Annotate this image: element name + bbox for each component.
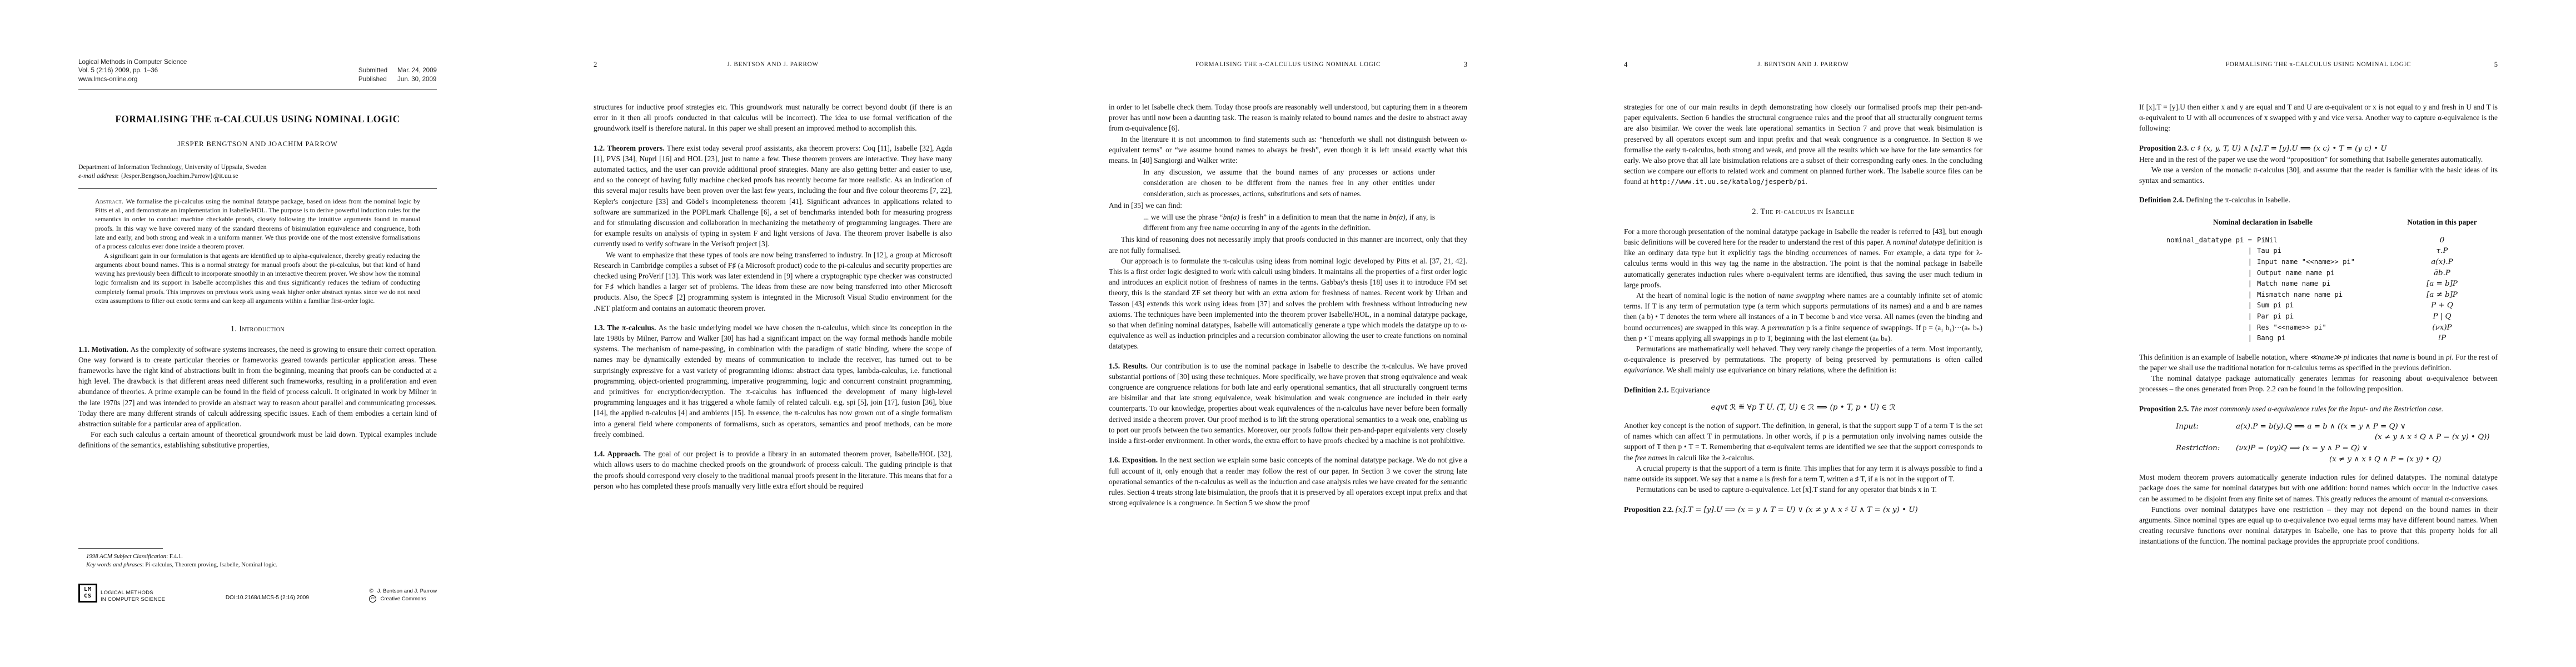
text-run: for a term T, written a ♯ T, if a is not… [1786, 475, 1955, 483]
lmcs-logo-icon: LMCS [78, 584, 97, 603]
italic-text: equivariance [1624, 366, 1663, 374]
rights-line: ©J. Bentson and J. Parrow [369, 588, 437, 595]
lmcs-wordmark: LOGICAL METHODSIN COMPUTER SCIENCE [101, 590, 165, 603]
footnote-line: Key words and phrases: Pi-calculus, Theo… [78, 561, 437, 569]
lmcs-logo-letters: CS [80, 593, 96, 600]
paragraph: Here and in the rest of the paper we use… [2139, 154, 2498, 165]
paragraph: A crucial property is that the support o… [1624, 463, 1982, 484]
text-run: This definition is an example of Isabell… [2139, 353, 2310, 361]
publisher-footer: LMCSLOGICAL METHODSIN COMPUTER SCIENCEDO… [78, 584, 437, 603]
equation-label: Restriction: [2176, 443, 2236, 465]
table-cell-declaration: Match name name pi [2257, 278, 2386, 290]
proposition: Proposition 2.2. [x].T = [y].U ⟹ (x = y … [1624, 504, 1982, 515]
paragraph: And in [35] we can find: [1109, 200, 1467, 211]
address-line: e-mail address: {Jesper.Bengtson,Joachim… [78, 171, 437, 181]
submission-dates: SubmittedMar. 24, 2009PublishedJun. 30, … [358, 66, 437, 83]
subsection-text: There exist today several proof assistan… [594, 144, 952, 248]
subsection-heading: 1.4. Approach. [594, 450, 644, 458]
lmcs-brand: LMCSLOGICAL METHODSIN COMPUTER SCIENCE [78, 584, 165, 603]
proposition: Proposition 2.3. c ♯ (x, y, T, U) ∧ [x].… [2139, 143, 2498, 154]
rights-text: J. Bentson and J. Parrow [377, 588, 437, 595]
table-row: |Res "<<name>> pi"(νx)P [2139, 322, 2498, 333]
italic-text: pi [2446, 353, 2452, 361]
subsection-heading: 1.5. Results. [1109, 362, 1150, 370]
italic-text: bn(α) [1389, 213, 1405, 221]
equation-line-1: a(x).P = b(y).Q ⟹ a = b ∧ ((x = y ∧ P = … [2236, 421, 2498, 432]
table-cell-prefix: | [2139, 278, 2257, 290]
table-row: |Input name "<<name>> pi"a(x).P [2139, 257, 2498, 268]
table-row: |Par pi piP | Q [2139, 311, 2498, 322]
divider-rule [78, 89, 437, 89]
address-text: : {Jesper.Bengtson,Joachim.Parrow}@it.uu… [117, 172, 238, 180]
table-row: |Tau piτ.P [2139, 246, 2498, 257]
table-cell-declaration: Par pi pi [2257, 311, 2386, 322]
table-cell-declaration: Output name name pi [2257, 268, 2386, 279]
footnote-line: 1998 ACM Subject Classification: F.4.1. [78, 552, 437, 561]
table-cell-prefix: | [2139, 311, 2257, 322]
address-label: e-mail address [78, 172, 117, 180]
subsection-text: The goal of our project is to provide a … [594, 450, 952, 490]
doi-text: DOI:10.2168/LMCS-5 (2:16) 2009 [226, 595, 309, 601]
running-header: FORMALISING THE π-CALCULUS USING NOMINAL… [2139, 59, 2498, 68]
text-run: is bound in [2409, 353, 2446, 361]
proposition-text: The most commonly used α-equivalence rul… [2191, 405, 2443, 413]
journal-info: Logical Methods in Computer ScienceVol. … [78, 58, 187, 83]
table-cell-notation: τ.P [2386, 246, 2498, 257]
subsection-text: In the next section we explain some basi… [1109, 456, 1467, 507]
table-cell-prefix: | [2139, 290, 2257, 301]
table-cell-prefix: | [2139, 246, 2257, 257]
abstract-text: A significant gain in our formulation is… [95, 252, 420, 305]
abstract-label: Abstract. [95, 197, 126, 205]
italic-text: name [2393, 353, 2409, 361]
paragraph: For each such calculus a certain amount … [78, 429, 437, 450]
page-body: 2J. BENTSON AND J. PARROWstructures for … [594, 59, 952, 491]
page-number-right: 3 [1464, 59, 1467, 70]
table-cell-declaration: Sum pi pi [2257, 300, 2386, 311]
journal-info-line: Logical Methods in Computer Science [78, 58, 187, 66]
text-run: strategies for one of our main results i… [1624, 103, 1982, 186]
table-cell-declaration: Tau pi [2257, 246, 2386, 257]
paragraph: Permutations can be used to capture α-eq… [1624, 484, 1982, 495]
subsection-heading: 1.1. Motivation. [78, 345, 131, 354]
divider-rule [78, 188, 437, 189]
table-cell-prefix: | [2139, 333, 2257, 344]
table-cell-prefix: | [2139, 257, 2257, 268]
paragraph: For a more thorough presentation of the … [1624, 226, 1982, 290]
equation-block: Input:a(x).P = b(y).Q ⟹ a = b ∧ ((x = y … [2176, 421, 2498, 465]
paragraph: We use a version of the monadic π-calcul… [2139, 165, 2498, 186]
paragraph: Most modern theorem provers automaticall… [2139, 472, 2498, 504]
definition-label: Definition 2.4. [2139, 196, 2186, 204]
math-formula: eqvt ℛ ≝ ∀p T U. (T, U) ∈ ℛ ⟹ (p • T, p … [1624, 402, 1982, 413]
table-row: |Bang pi!P [2139, 333, 2498, 344]
proposition-label: Proposition 2.2. [1624, 505, 1676, 514]
text-run: . We shall mainly use equivariance on bi… [1663, 366, 1896, 374]
page-body: FORMALISING THE π-CALCULUS USING NOMINAL… [2139, 59, 2498, 547]
text-run: At the heart of nominal logic is the not… [1636, 291, 1777, 300]
footnote-text: : Pi-calculus, Theorem proving, Isabelle… [142, 561, 277, 568]
footnote-rule [78, 548, 163, 549]
subsection-paragraph: 1.5. Results. Our contribution is to use… [1109, 361, 1467, 446]
datatype-table: nominal_datatype pi =PiNil0|Tau piτ.P|In… [2139, 235, 2498, 344]
abstract-paragraph: Abstract. We formalise the pi-calculus u… [95, 197, 420, 251]
page-body: 4J. BENTSON AND J. PARROWstrategies for … [1624, 59, 1982, 515]
address-line: Department of Information Technology, Un… [78, 162, 437, 172]
page-5: FORMALISING THE π-CALCULUS USING NOMINAL… [2061, 0, 2576, 667]
lmcs-wordmark-line: IN COMPUTER SCIENCE [101, 596, 165, 603]
proposition-label: Proposition 2.5. [2139, 405, 2191, 413]
subsection-text: As the complexity of software systems in… [78, 345, 437, 428]
running-title: FORMALISING THE π-CALCULUS USING NOMINAL… [1195, 61, 1381, 68]
text-run: Permutations are mathematically well beh… [1624, 345, 1982, 364]
lmcs-wordmark-line: LOGICAL METHODS [101, 590, 165, 596]
text-run: is fresh” in a definition to mean that t… [1239, 213, 1389, 221]
document-viewer: Logical Methods in Computer ScienceVol. … [0, 0, 2576, 667]
equation-line-2: (x ≠ y ∧ x ♯ Q ∧ P = (x y) • Q)) [2236, 432, 2498, 443]
footnote-label: 1998 ACM Subject Classification [86, 553, 166, 560]
text-run: Another key concept is the notion of [1624, 421, 1736, 430]
subsection-paragraph: 1.3. The π-calculus. As the basic underl… [594, 322, 952, 440]
italic-text: fresh [1772, 475, 1786, 483]
text-run: ... we will use the phrase “ [1143, 213, 1223, 221]
table-row: |Sum pi piP + Q [2139, 300, 2498, 311]
table-cell-notation: [a = b]P [2386, 278, 2498, 290]
italic-text: nominal datatype [1893, 238, 1945, 246]
page-number-left: 2 [594, 59, 597, 70]
table-cell-declaration: Mismatch name name pi [2257, 290, 2386, 301]
italic-text: bn(α) [1223, 213, 1239, 221]
equation-lines: (νx)P = (νy)Q ⟹ (x = y ∧ P = Q) ∨(x ≠ y … [2236, 443, 2498, 465]
subsection-paragraph: 1.1. Motivation. As the complexity of so… [78, 344, 437, 430]
definition: Definition 2.4. Defining the π-calculus … [2139, 195, 2498, 205]
table-cell-notation: 0 [2386, 235, 2498, 246]
paper-title: FORMALISING THE π-CALCULUS USING NOMINAL… [78, 114, 437, 125]
table-row: |Output name name piāb.P [2139, 268, 2498, 279]
journal-info-line: www.lmcs-online.org [78, 75, 187, 83]
table-cell-prefix: | [2139, 268, 2257, 279]
paragraph: If [x].T = [y].U then either x and y are… [2139, 102, 2498, 134]
section-heading: 1. Introduction [78, 324, 437, 335]
table-cell-notation: P + Q [2386, 300, 2498, 311]
subsection-heading: 1.2. Theorem provers. [594, 144, 667, 152]
page-4: 4J. BENTSON AND J. PARROWstrategies for … [1546, 0, 2061, 667]
paragraph: Our approach is to formulate the π-calcu… [1109, 256, 1467, 352]
address-text: Department of Information Technology, Un… [78, 163, 267, 171]
running-header: FORMALISING THE π-CALCULUS USING NOMINAL… [1109, 59, 1467, 68]
paragraph: The nominal datatype package automatical… [2139, 373, 2498, 394]
date-value: Jun. 30, 2009 [397, 75, 437, 83]
table-cell-notation: !P [2386, 333, 2498, 344]
rights-text: Creative Commons [380, 595, 426, 603]
definition-text: Defining the π-calculus in Isabelle. [2186, 196, 2290, 204]
italic-text: support [1736, 421, 1758, 430]
table-cell-prefix: | [2139, 322, 2257, 333]
mono-text: http://www.it.uu.se/katalog/jesperb/pi [1651, 178, 1806, 186]
paragraph: strategies for one of our main results i… [1624, 102, 1982, 188]
paragraph: This kind of reasoning does not necessar… [1109, 234, 1467, 255]
paragraph: This definition is an example of Isabell… [2139, 352, 2498, 373]
italic-text: free names [1635, 454, 1667, 462]
subsection-paragraph: 1.6. Exposition. In the next section we … [1109, 455, 1467, 508]
italic-text: permutation [1768, 323, 1804, 332]
page-body: FORMALISING THE π-CALCULUS USING NOMINAL… [1109, 59, 1467, 508]
page-2: 2J. BENTSON AND J. PARROWstructures for … [515, 0, 1030, 667]
table-header: Nominal declaration in IsabelleNotation … [2139, 217, 2498, 227]
table-cell-notation: P | Q [2386, 311, 2498, 322]
running-title: J. BENTSON AND J. PARROW [1757, 61, 1848, 68]
page-body: Logical Methods in Computer ScienceVol. … [78, 58, 437, 451]
paragraph: In the literature it is not uncommon to … [1109, 134, 1467, 166]
creative-commons-icon: cc [369, 595, 376, 603]
copyright-icon: © [369, 588, 373, 595]
text-run: in calculi like the λ-calculus. [1667, 454, 1755, 462]
footnote-text: : F.4.1. [166, 553, 183, 560]
journal-info-line: Vol. 5 (2:16) 2009, pp. 1–36 [78, 66, 187, 74]
table-header-left: Nominal declaration in Isabelle [2139, 217, 2386, 227]
subsection-heading: 1.3. The π-calculus. [594, 323, 659, 332]
page-3: FORMALISING THE π-CALCULUS USING NOMINAL… [1030, 0, 1546, 667]
equation-line-2: (x ≠ y ∧ x ♯ Q ∧ P = (x y) • Q) [2236, 454, 2498, 465]
running-title: FORMALISING THE π-CALCULUS USING NOMINAL… [2226, 61, 2411, 68]
paragraph: in order to let Isabelle check them. Tod… [1109, 102, 1467, 134]
abstract-paragraph: A significant gain in our formulation is… [95, 251, 420, 306]
running-title: J. BENTSON AND J. PARROW [727, 61, 818, 68]
definition-text: Equivariance [1671, 386, 1710, 394]
footnote-label: Key words and phrases [86, 561, 142, 568]
rights-block: ©J. Bentson and J. ParrowccCreative Comm… [369, 588, 437, 603]
equation-line-1: (νx)P = (νy)Q ⟹ (x = y ∧ P = Q) ∨ [2236, 443, 2498, 454]
paragraph: We want to emphasize that these types of… [594, 250, 952, 313]
paragraph: At the heart of nominal logic is the not… [1624, 290, 1982, 344]
equation-row: Input:a(x).P = b(y).Q ⟹ a = b ∧ ((x = y … [2176, 421, 2498, 443]
equation-lines: a(x).P = b(y).Q ⟹ a = b ∧ ((x = y ∧ P = … [2236, 421, 2498, 443]
paragraph: Functions over nominal datatypes have on… [2139, 504, 2498, 547]
author-address: Department of Information Technology, Un… [78, 162, 437, 181]
table-cell-prefix: nominal_datatype pi = [2139, 235, 2257, 246]
definition: Definition 2.1. Equivariance [1624, 385, 1982, 395]
page-number-right: 5 [2494, 59, 2498, 70]
table-cell-declaration: Res "<<name>> pi" [2257, 322, 2386, 333]
proposition-text: c ♯ (x, y, T, U) ∧ [x].T = [y].U ⟹ (x c)… [2191, 145, 2387, 153]
table-cell-notation: [a ≠ b]P [2386, 290, 2498, 301]
table-cell-declaration: Input name "<<name>> pi" [2257, 257, 2386, 268]
text-run: indicates that [2349, 353, 2393, 361]
subsection-paragraph: 1.2. Theorem provers. There exist today … [594, 143, 952, 250]
block-quote: In any discussion, we assume that the bo… [1143, 167, 1435, 199]
paragraph: Permutations are mathematically well beh… [1624, 344, 1982, 376]
page-1: Logical Methods in Computer ScienceVol. … [0, 0, 515, 667]
abstract-text: We formalise the pi-calculus using the n… [95, 197, 420, 250]
block-quote: ... we will use the phrase “bn(α) is fre… [1143, 212, 1435, 233]
journal-header: Logical Methods in Computer ScienceVol. … [78, 58, 437, 83]
paragraph: Another key concept is the notion of sup… [1624, 420, 1982, 463]
italic-text: ≪name≫ pi [2310, 353, 2349, 361]
table-row: |Mismatch name name pi[a ≠ b]P [2139, 290, 2498, 301]
date-label: Published [358, 75, 387, 83]
subsection-text: As the basic underlying model we have ch… [594, 323, 952, 439]
proposition-label: Proposition 2.3. [2139, 144, 2191, 152]
italic-text: name swapping [1777, 291, 1825, 300]
subsection-text: Our contribution is to use the nominal p… [1109, 362, 1467, 445]
page-number-left: 4 [1624, 59, 1627, 70]
table-row: |Match name name pi[a = b]P [2139, 278, 2498, 290]
subsection-heading: 1.6. Exposition. [1109, 456, 1160, 464]
running-header: 2J. BENTSON AND J. PARROW [594, 59, 952, 68]
table-cell-notation: (νx)P [2386, 322, 2498, 333]
table-cell-declaration: Bang pi [2257, 333, 2386, 344]
equation-row: Restriction:(νx)P = (νy)Q ⟹ (x = y ∧ P =… [2176, 443, 2498, 465]
proposition-text: [x].T = [y].U ⟹ (x = y ∧ T = U) ∨ (x ≠ y… [1676, 506, 1918, 514]
table-row: nominal_datatype pi =PiNil0 [2139, 235, 2498, 246]
table-cell-notation: āb.P [2386, 268, 2498, 279]
abstract: Abstract. We formalise the pi-calculus u… [95, 197, 420, 306]
section-heading: 2. The pi-calculus in Isabelle [1624, 207, 1982, 217]
page-footer: 1998 ACM Subject Classification: F.4.1.K… [78, 548, 437, 603]
table-cell-notation: a(x).P [2386, 257, 2498, 268]
table-header-right: Notation in this paper [2386, 217, 2498, 227]
paper-authors: JESPER BENGTSON AND JOACHIM PARROW [78, 139, 437, 150]
proposition: Proposition 2.5. The most commonly used … [2139, 404, 2498, 414]
date-value: Mar. 24, 2009 [397, 66, 437, 74]
paragraph: structures for inductive proof strategie… [594, 102, 952, 134]
definition-label: Definition 2.1. [1624, 386, 1671, 394]
running-header: 4J. BENTSON AND J. PARROW [1624, 59, 1982, 68]
text-run: . [1805, 177, 1807, 186]
subsection-paragraph: 1.4. Approach. The goal of our project i… [594, 449, 952, 491]
date-label: Submitted [358, 66, 387, 74]
table-cell-prefix: | [2139, 300, 2257, 311]
equation-label: Input: [2176, 421, 2236, 443]
footnote: 1998 ACM Subject Classification: F.4.1.K… [78, 552, 437, 569]
rights-line: ccCreative Commons [369, 595, 437, 603]
lmcs-logo-letters: LM [80, 586, 96, 593]
table-cell-declaration: PiNil [2257, 235, 2386, 246]
